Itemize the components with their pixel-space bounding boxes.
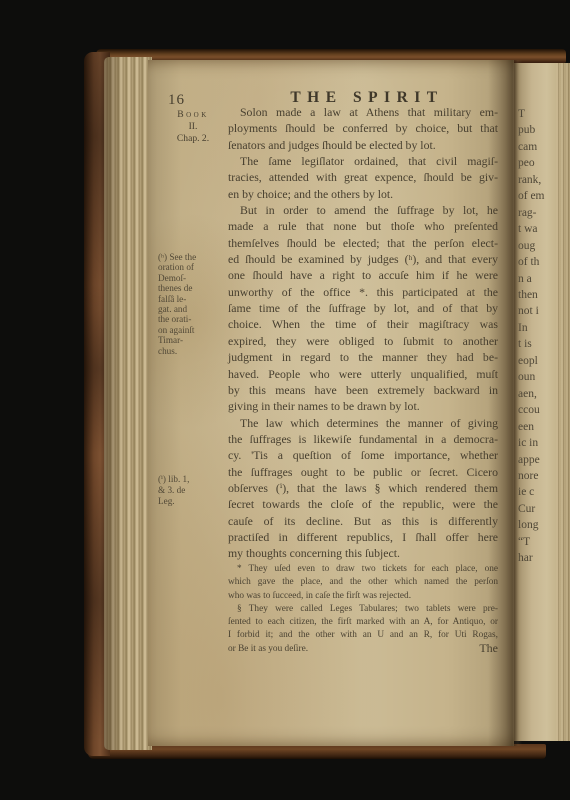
text-line: oration of (158, 262, 232, 272)
text-line: tracies, attended with great expence, ſh… (228, 169, 498, 185)
text-line: who was to ſucceed, in caſe the firſt wa… (228, 590, 498, 603)
text-line: of th (518, 254, 568, 270)
text-line: giving in their names to be drawn by lot… (228, 398, 498, 414)
text-line: the ſuffrages is likewiſe fundamental in… (228, 431, 498, 447)
text-line: eopl (518, 353, 568, 369)
text-line: ployments ſhould be conferred by choice,… (228, 120, 498, 136)
text-line: Cur (518, 501, 568, 517)
text-line: long (518, 517, 568, 533)
text-line: The ſame legiſlator ordained, that civil… (228, 153, 498, 169)
text-line: Demoſ- (158, 273, 232, 283)
text-line: cy. 'Tis a queſtion of ſome importance, … (228, 447, 498, 463)
catchword: The (228, 641, 498, 656)
text-line: Solon made a law at Athens that military… (228, 104, 498, 120)
text-line: aen, (518, 386, 568, 402)
text-line: not i (518, 303, 568, 319)
text-line: thenes de (158, 283, 232, 293)
text-line: oug (518, 238, 568, 254)
text-line: ic in (518, 435, 568, 451)
text-line: But in order to amend the ſuffrage by lo… (228, 202, 498, 218)
book-photograph: 16 THE SPIRIT BookII.Chap. 2. (ʰ) See th… (0, 0, 570, 800)
page-number: 16 (168, 92, 185, 109)
text-line: practiſed in different republics, I ſhal… (228, 529, 498, 545)
paragraph: But in order to amend the ſuffrage by lo… (228, 202, 498, 414)
text-line: judgment in regard to the manner they ha… (228, 349, 498, 365)
text-line: har (518, 550, 568, 566)
text-line: then (518, 287, 568, 303)
text-line: t is (518, 336, 568, 352)
text-line: (ⁱ) lib. 1, (158, 474, 232, 485)
text-line: Timar- (158, 335, 232, 345)
body-text: Solon made a law at Athens that military… (228, 104, 498, 562)
text-line: rag- (518, 205, 568, 221)
text-line: oun (518, 369, 568, 385)
text-line: en by choice; and the others by lot. (228, 186, 498, 202)
text-line: (ʰ) See the (158, 252, 232, 262)
paragraph: The ſame legiſlator ordained, that civil… (228, 153, 498, 202)
text-line: nore (518, 468, 568, 484)
text-line: Book (158, 109, 228, 121)
text-line: of em (518, 188, 568, 204)
text-line: rank, (518, 172, 568, 188)
text-line: pub (518, 122, 568, 138)
text-line: choice. When the time of their magiſtrac… (228, 316, 498, 332)
text-line: een (518, 419, 568, 435)
text-line: on againſt (158, 325, 232, 335)
text-line: ccou (518, 402, 568, 418)
text-line: § They were called Leges Tabulares; two … (228, 603, 498, 616)
text-line: t wa (518, 221, 568, 237)
text-line: the orati- (158, 314, 232, 324)
text-line: unworthy of the office *. this participa… (228, 284, 498, 300)
text-line: haved. People who were utterly unqualifi… (228, 366, 498, 382)
text-line: “T (518, 534, 568, 550)
text-line: ed ſhould be examined by judges (ʰ), and… (228, 251, 498, 267)
text-line: chus. (158, 346, 232, 356)
text-line: themſelves ſhould be elected; that the p… (228, 235, 498, 251)
text-line: ie c (518, 484, 568, 500)
text-line: II. (158, 121, 228, 133)
text-line: peo (518, 155, 568, 171)
text-line: gat. and (158, 304, 232, 314)
text-line: ſenators and judges ſhould be elected by… (228, 137, 498, 153)
text-line: * They uſed even to draw two tickets for… (228, 563, 498, 576)
text-line: cam (518, 139, 568, 155)
text-line: appe (518, 452, 568, 468)
text-line: cauſe of its decline. But as this is dif… (228, 513, 498, 529)
paragraph: * They uſed even to draw two tickets for… (228, 563, 498, 603)
margin-note-i: (ⁱ) lib. 1,& 3. deLeg. (158, 474, 232, 506)
text-line: & 3. de (158, 485, 232, 496)
text-line: n a (518, 271, 568, 287)
paragraph: The law which determines the manner of g… (228, 415, 498, 562)
text-line: expired, they were obliged to ſubmit to … (228, 333, 498, 349)
book-cover-bottom-edge (88, 744, 546, 759)
text-line: by this means have been extremely backwa… (228, 382, 498, 398)
text-line: the ſuffrages ought to be public or ſecr… (228, 464, 498, 480)
paragraph: Solon made a law at Athens that military… (228, 104, 498, 153)
next-page-sliver: Tpubcampeorank,of emrag-t waougof thn at… (514, 63, 570, 741)
text-line: one ſhould have a right to accuſe him if… (228, 267, 498, 283)
text-line: Chap. 2. (158, 133, 228, 145)
text-line: Leg. (158, 496, 232, 507)
text-line: my thoughts concerning this ſubject. (228, 545, 498, 561)
text-line: T (518, 106, 568, 122)
text-line: which gave the place, and the other whic… (228, 576, 498, 589)
text-line: obſerves (ⁱ), that the laws § which rend… (228, 480, 498, 496)
margin-note-h: (ʰ) See theoration ofDemoſ-thenes defalſ… (158, 252, 232, 356)
text-line: The law which determines the manner of g… (228, 415, 498, 431)
text-line: made a rule that none but thoſe who preſ… (228, 218, 498, 234)
page-edges-left (104, 57, 152, 750)
text-line: ſame time of the ſuffrage by lot, and of… (228, 300, 498, 316)
text-line: ſecret towards the cloſe of the republic… (228, 496, 498, 512)
text-line: falſâ le- (158, 294, 232, 304)
text-line: ſented to each citizen, the firſt marked… (228, 616, 498, 629)
margin-note-chapter: BookII.Chap. 2. (158, 109, 228, 145)
next-page-text-fragments: Tpubcampeorank,of emrag-t waougof thn at… (518, 106, 568, 567)
text-line: In (518, 320, 568, 336)
